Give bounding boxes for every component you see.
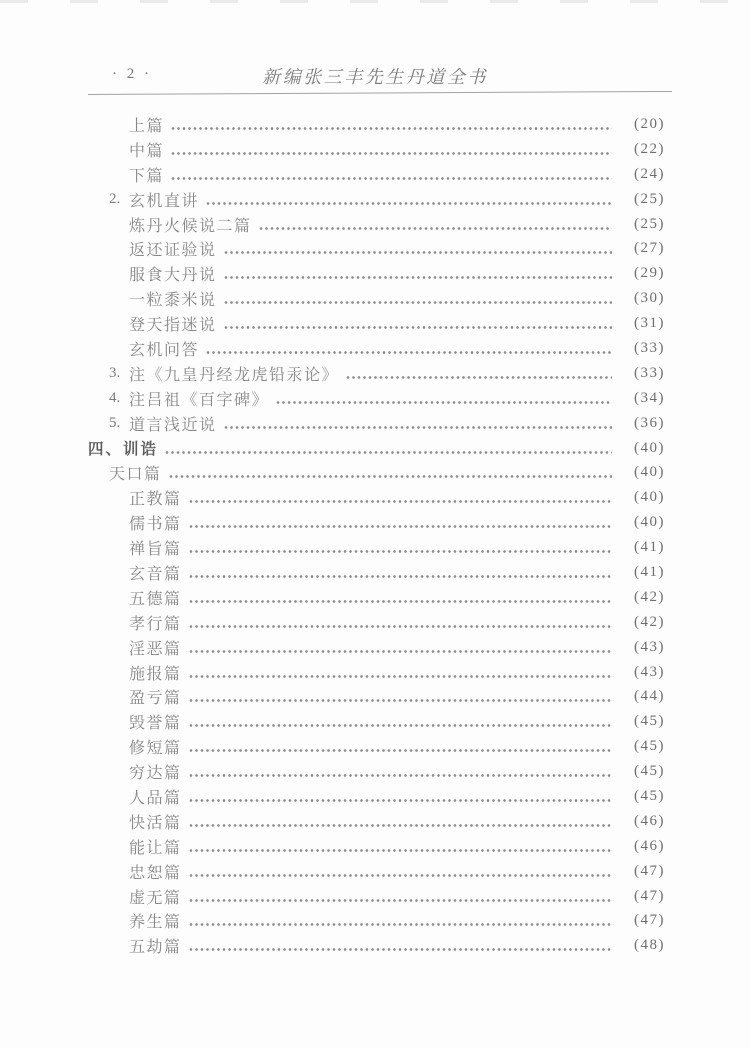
toc-entry: 登天指迷说 (31): [129, 311, 665, 336]
dot-leader: [189, 798, 612, 803]
dot-leader: [224, 325, 612, 330]
toc-entry: 一粒黍米说 (30): [129, 286, 665, 311]
dot-leader: [189, 773, 612, 778]
dot-leader: [224, 250, 612, 255]
toc-entry: 上篇 (20): [129, 112, 665, 137]
entry-title: 人品篇: [129, 785, 182, 808]
dot-leader: [189, 574, 612, 579]
entry-title: 穷达篇: [129, 760, 182, 783]
scan-edge-artifact: [0, 0, 750, 3]
entry-title: 四、训诰: [88, 437, 158, 459]
dot-leader: [169, 474, 612, 479]
toc-entry: 服食大丹说 (29): [129, 261, 665, 286]
entry-page: (40): [621, 464, 665, 481]
entry-page: (40): [621, 489, 665, 506]
toc-entry: 毁誉篇 (45): [129, 709, 665, 734]
entry-title: 天口篇: [109, 461, 162, 484]
entry-title: 养生篇: [129, 909, 182, 932]
entry-page: (25): [621, 216, 665, 233]
entry-page: (29): [621, 265, 665, 282]
entry-title: 注吕祖《百字碑》: [129, 387, 269, 410]
entry-page: (45): [621, 713, 665, 730]
toc-entry: 5. 道言浅近说 (36): [109, 411, 665, 436]
dot-leader: [224, 275, 612, 280]
toc-entry: 四、训诰 (40): [88, 436, 665, 461]
dot-leader: [189, 848, 612, 853]
toc-entry: 孝行篇 (42): [129, 610, 665, 635]
entry-title: 返还证验说: [129, 237, 217, 260]
entry-number: 5.: [109, 415, 129, 432]
entry-page: (36): [621, 415, 665, 432]
entry-page: (31): [621, 315, 665, 332]
dot-leader: [189, 873, 612, 878]
entry-title: 毁誉篇: [129, 710, 182, 733]
entry-page: (33): [621, 365, 665, 382]
entry-title: 儒书篇: [129, 511, 182, 534]
entry-title: 玄音篇: [129, 561, 182, 584]
entry-page: (43): [621, 664, 665, 681]
toc-entry: 下篇 (24): [129, 162, 665, 187]
entry-page: (33): [621, 340, 665, 357]
entry-title: 施报篇: [129, 661, 182, 684]
entry-title: 禅旨篇: [129, 536, 182, 559]
toc-entry: 五劫篇 (48): [129, 933, 665, 958]
entry-title: 炼丹火候说二篇: [129, 213, 252, 236]
toc-entry: 4. 注吕祖《百字碑》 (34): [109, 386, 665, 411]
entry-page: (41): [621, 564, 665, 581]
toc-entry: 修短篇 (45): [129, 734, 665, 759]
dot-leader: [189, 723, 612, 728]
toc-entry: 3. 注《九皇丹经龙虎铅汞论》 (33): [109, 361, 665, 386]
entry-page: (40): [621, 440, 665, 457]
entry-page: (45): [621, 763, 665, 780]
entry-title: 正教篇: [129, 486, 182, 509]
toc-entry: 施报篇 (43): [129, 660, 665, 685]
toc-entry: 天口篇 (40): [109, 460, 665, 485]
entry-title: 五德篇: [129, 586, 182, 609]
dot-leader: [189, 748, 612, 753]
entry-page: (40): [621, 514, 665, 531]
dot-leader: [189, 898, 612, 903]
dot-leader: [171, 151, 612, 156]
entry-title: 服食大丹说: [129, 262, 217, 285]
dot-leader: [189, 524, 612, 529]
entry-title: 忠恕篇: [129, 860, 182, 883]
entry-page: (44): [621, 688, 665, 705]
dot-leader: [224, 425, 612, 430]
dot-leader: [189, 823, 612, 828]
entry-page: (24): [621, 166, 665, 183]
dot-leader: [206, 201, 612, 206]
toc-entry: 儒书篇 (40): [129, 510, 665, 535]
dot-leader: [259, 226, 612, 231]
toc-entry: 2. 玄机直讲 (25): [109, 187, 665, 212]
entry-page: (25): [621, 191, 665, 208]
toc-entry: 虚无篇 (47): [129, 884, 665, 909]
header-divider-rule: [88, 91, 672, 95]
entry-title: 虚无篇: [129, 885, 182, 908]
entry-page: (22): [621, 141, 665, 158]
entry-page: (27): [621, 240, 665, 257]
toc-entry: 返还证验说 (27): [129, 236, 665, 261]
dot-leader: [189, 947, 612, 952]
toc-entry: 玄音篇 (41): [129, 560, 665, 585]
entry-page: (47): [621, 863, 665, 880]
entry-page: (42): [621, 589, 665, 606]
entry-page: (45): [621, 738, 665, 755]
entry-number: 4.: [109, 390, 129, 407]
entry-page: (48): [621, 937, 665, 954]
dot-leader: [276, 400, 612, 405]
entry-page: (47): [621, 912, 665, 929]
entry-page: (30): [621, 290, 665, 307]
dot-leader: [346, 375, 612, 380]
toc-entry: 淫恶篇 (43): [129, 635, 665, 660]
entry-page: (41): [621, 539, 665, 556]
dot-leader: [189, 549, 612, 554]
entry-page: (20): [621, 116, 665, 133]
toc-entry: 盈亏篇 (44): [129, 684, 665, 709]
entry-title: 注《九皇丹经龙虎铅汞论》: [129, 362, 339, 385]
toc-entry: 穷达篇 (45): [129, 759, 665, 784]
toc-entry: 炼丹火候说二篇 (25): [129, 212, 665, 237]
entry-number: 2.: [109, 191, 129, 208]
toc-entry: 五德篇 (42): [129, 585, 665, 610]
scanned-book-page: · 2 · 新编张三丰先生丹道全书 上篇 (20) 中篇 (22) 下篇 (24…: [0, 0, 750, 1048]
entry-title: 登天指迷说: [129, 312, 217, 335]
entry-page: (45): [621, 788, 665, 805]
entry-page: (46): [621, 838, 665, 855]
entry-title: 玄机直讲: [129, 188, 199, 211]
entry-title: 五劫篇: [129, 934, 182, 957]
entry-title: 下篇: [129, 163, 164, 186]
entry-title: 玄机问答: [129, 337, 199, 360]
running-book-title: 新编张三丰先生丹道全书: [0, 63, 750, 89]
entry-page: (42): [621, 614, 665, 631]
dot-leader: [165, 450, 612, 455]
dot-leader: [206, 350, 612, 355]
dot-leader: [189, 624, 612, 629]
entry-title: 快活篇: [129, 810, 182, 833]
toc-entry: 人品篇 (45): [129, 784, 665, 809]
entry-page: (46): [621, 813, 665, 830]
toc-entry: 忠恕篇 (47): [129, 859, 665, 884]
dot-leader: [189, 674, 612, 679]
toc-entry: 正教篇 (40): [129, 485, 665, 510]
entry-page: (34): [621, 390, 665, 407]
toc-entry: 中篇 (22): [129, 137, 665, 162]
entry-number: 3.: [109, 365, 129, 382]
entry-title: 淫恶篇: [129, 636, 182, 659]
entry-title: 孝行篇: [129, 611, 182, 634]
dot-leader: [171, 176, 612, 181]
dot-leader: [189, 649, 612, 654]
entry-page: (43): [621, 639, 665, 656]
dot-leader: [189, 499, 612, 504]
entry-title: 中篇: [129, 138, 164, 161]
toc-entry: 快活篇 (46): [129, 809, 665, 834]
dot-leader: [189, 922, 612, 927]
entry-page: (47): [621, 888, 665, 905]
dot-leader: [224, 300, 612, 305]
dot-leader: [171, 126, 612, 131]
toc-list: 上篇 (20) 中篇 (22) 下篇 (24) 2. 玄机直讲 (25) 炼丹火…: [88, 112, 665, 958]
dot-leader: [189, 698, 612, 703]
entry-title: 修短篇: [129, 735, 182, 758]
entry-title: 上篇: [129, 113, 164, 136]
dot-leader: [189, 599, 612, 604]
toc-entry: 玄机问答 (33): [129, 336, 665, 361]
toc-entry: 能让篇 (46): [129, 834, 665, 859]
toc-entry: 禅旨篇 (41): [129, 535, 665, 560]
entry-title: 能让篇: [129, 835, 182, 858]
entry-title: 盈亏篇: [129, 685, 182, 708]
entry-title: 一粒黍米说: [129, 287, 217, 310]
entry-title: 道言浅近说: [129, 412, 217, 435]
toc-entry: 养生篇 (47): [129, 909, 665, 934]
